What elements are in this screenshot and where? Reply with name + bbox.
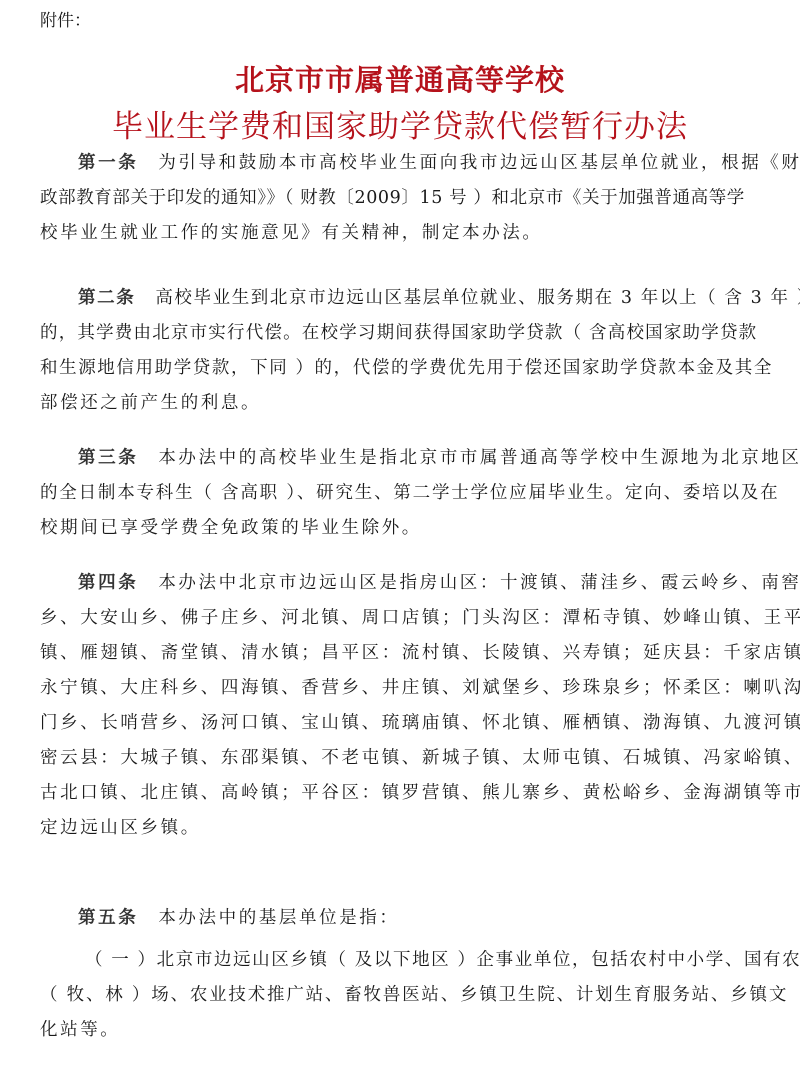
document-title-line1: 北京市市属普通高等学校 (0, 58, 800, 99)
article-line: 校毕业生就业工作的实施意见》有关精神，制定本办法。 (40, 218, 760, 248)
article-line: 政部教育部关于印发的通知》》（ 财教〔2009〕15 号 ）和北京市《关于加强普… (40, 183, 760, 213)
article-line: 部偿还之前产生的利息。 (40, 388, 760, 418)
article-line: 校期间已享受学费全免政策的毕业生除外。 (40, 513, 760, 543)
article-line: 第五条本办法中的基层单位是指： (78, 903, 798, 933)
article-line: 定边远山区乡镇。 (40, 813, 760, 843)
article-line: 的全日制本专科生（ 含高职 ）、研究生、第二学士学位应届毕业生。定向、委培以及在 (40, 478, 760, 508)
article-item-line: （ 牧、林 ）场、农业技术推广站、畜牧兽医站、乡镇卫生院、计划生育服务站、乡镇文 (40, 980, 760, 1010)
attachment-label: 附件： (40, 6, 91, 31)
article-line: 第二条高校毕业生到北京市边远山区基层单位就业、服务期在 3 年以上（ 含 3 年… (78, 283, 798, 313)
article-line: 第四条本办法中北京市边远山区是指房山区：十渡镇、蒲洼乡、霞云岭乡、南窖 (78, 568, 798, 598)
article-label: 第三条 (78, 448, 138, 468)
article-line: 第一条为引导和鼓励本市高校毕业生面向我市边远山区基层单位就业，根据《财 (78, 148, 798, 178)
article-text: 本办法中的高校毕业生是指北京市市属普通高等学校中生源地为北京地区 (158, 448, 800, 468)
article-line: 的，其学费由北京市实行代偿。在校学习期间获得国家助学贷款（ 含高校国家助学贷款 (40, 318, 760, 348)
article-label: 第五条 (78, 908, 138, 928)
article-line: 永宁镇、大庄科乡、四海镇、香营乡、井庄镇、刘斌堡乡、珍珠泉乡；怀柔区：喇叭沟 (40, 673, 760, 703)
article-label: 第一条 (78, 153, 138, 173)
article-label: 第四条 (78, 573, 138, 593)
document-title-line2: 毕业生学费和国家助学贷款代偿暂行办法 (0, 101, 800, 146)
article-item-line: 化站等。 (40, 1015, 760, 1045)
article-line: 乡、大安山乡、佛子庄乡、河北镇、周口店镇；门头沟区：潭柘寺镇、妙峰山镇、王平 (40, 603, 760, 633)
article-item-line: （ 一 ）北京市边远山区乡镇（ 及以下地区 ）企事业单位，包括农村中小学、国有农 (85, 945, 800, 975)
article-line: 门乡、长哨营乡、汤河口镇、宝山镇、琉璃庙镇、怀北镇、雁栖镇、渤海镇、九渡河镇； (40, 708, 760, 738)
article-text: 为引导和鼓励本市高校毕业生面向我市边远山区基层单位就业，根据《财 (158, 153, 800, 173)
article-line: 第三条本办法中的高校毕业生是指北京市市属普通高等学校中生源地为北京地区 (78, 443, 798, 473)
article-text: 本办法中的基层单位是指： (158, 908, 399, 928)
article-line: 和生源地信用助学贷款，下同 ）的，代偿的学费优先用于偿还国家助学贷款本金及其全 (40, 353, 760, 383)
article-line: 镇、雁翅镇、斋堂镇、清水镇；昌平区：流村镇、长陵镇、兴寿镇；延庆县：千家店镇、 (40, 638, 760, 668)
article-line: 古北口镇、北庄镇、高岭镇；平谷区：镇罗营镇、熊儿寨乡、黄松峪乡、金海湖镇等市 (40, 778, 760, 808)
article-label: 第二条 (78, 288, 135, 308)
article-text: 本办法中北京市边远山区是指房山区：十渡镇、蒲洼乡、霞云岭乡、南窖 (158, 573, 800, 593)
article-line: 密云县：大城子镇、东邵渠镇、不老屯镇、新城子镇、太师屯镇、石城镇、冯家峪镇、 (40, 743, 760, 773)
article-text: 高校毕业生到北京市边远山区基层单位就业、服务期在 3 年以上（ 含 3 年 ） (155, 288, 800, 308)
